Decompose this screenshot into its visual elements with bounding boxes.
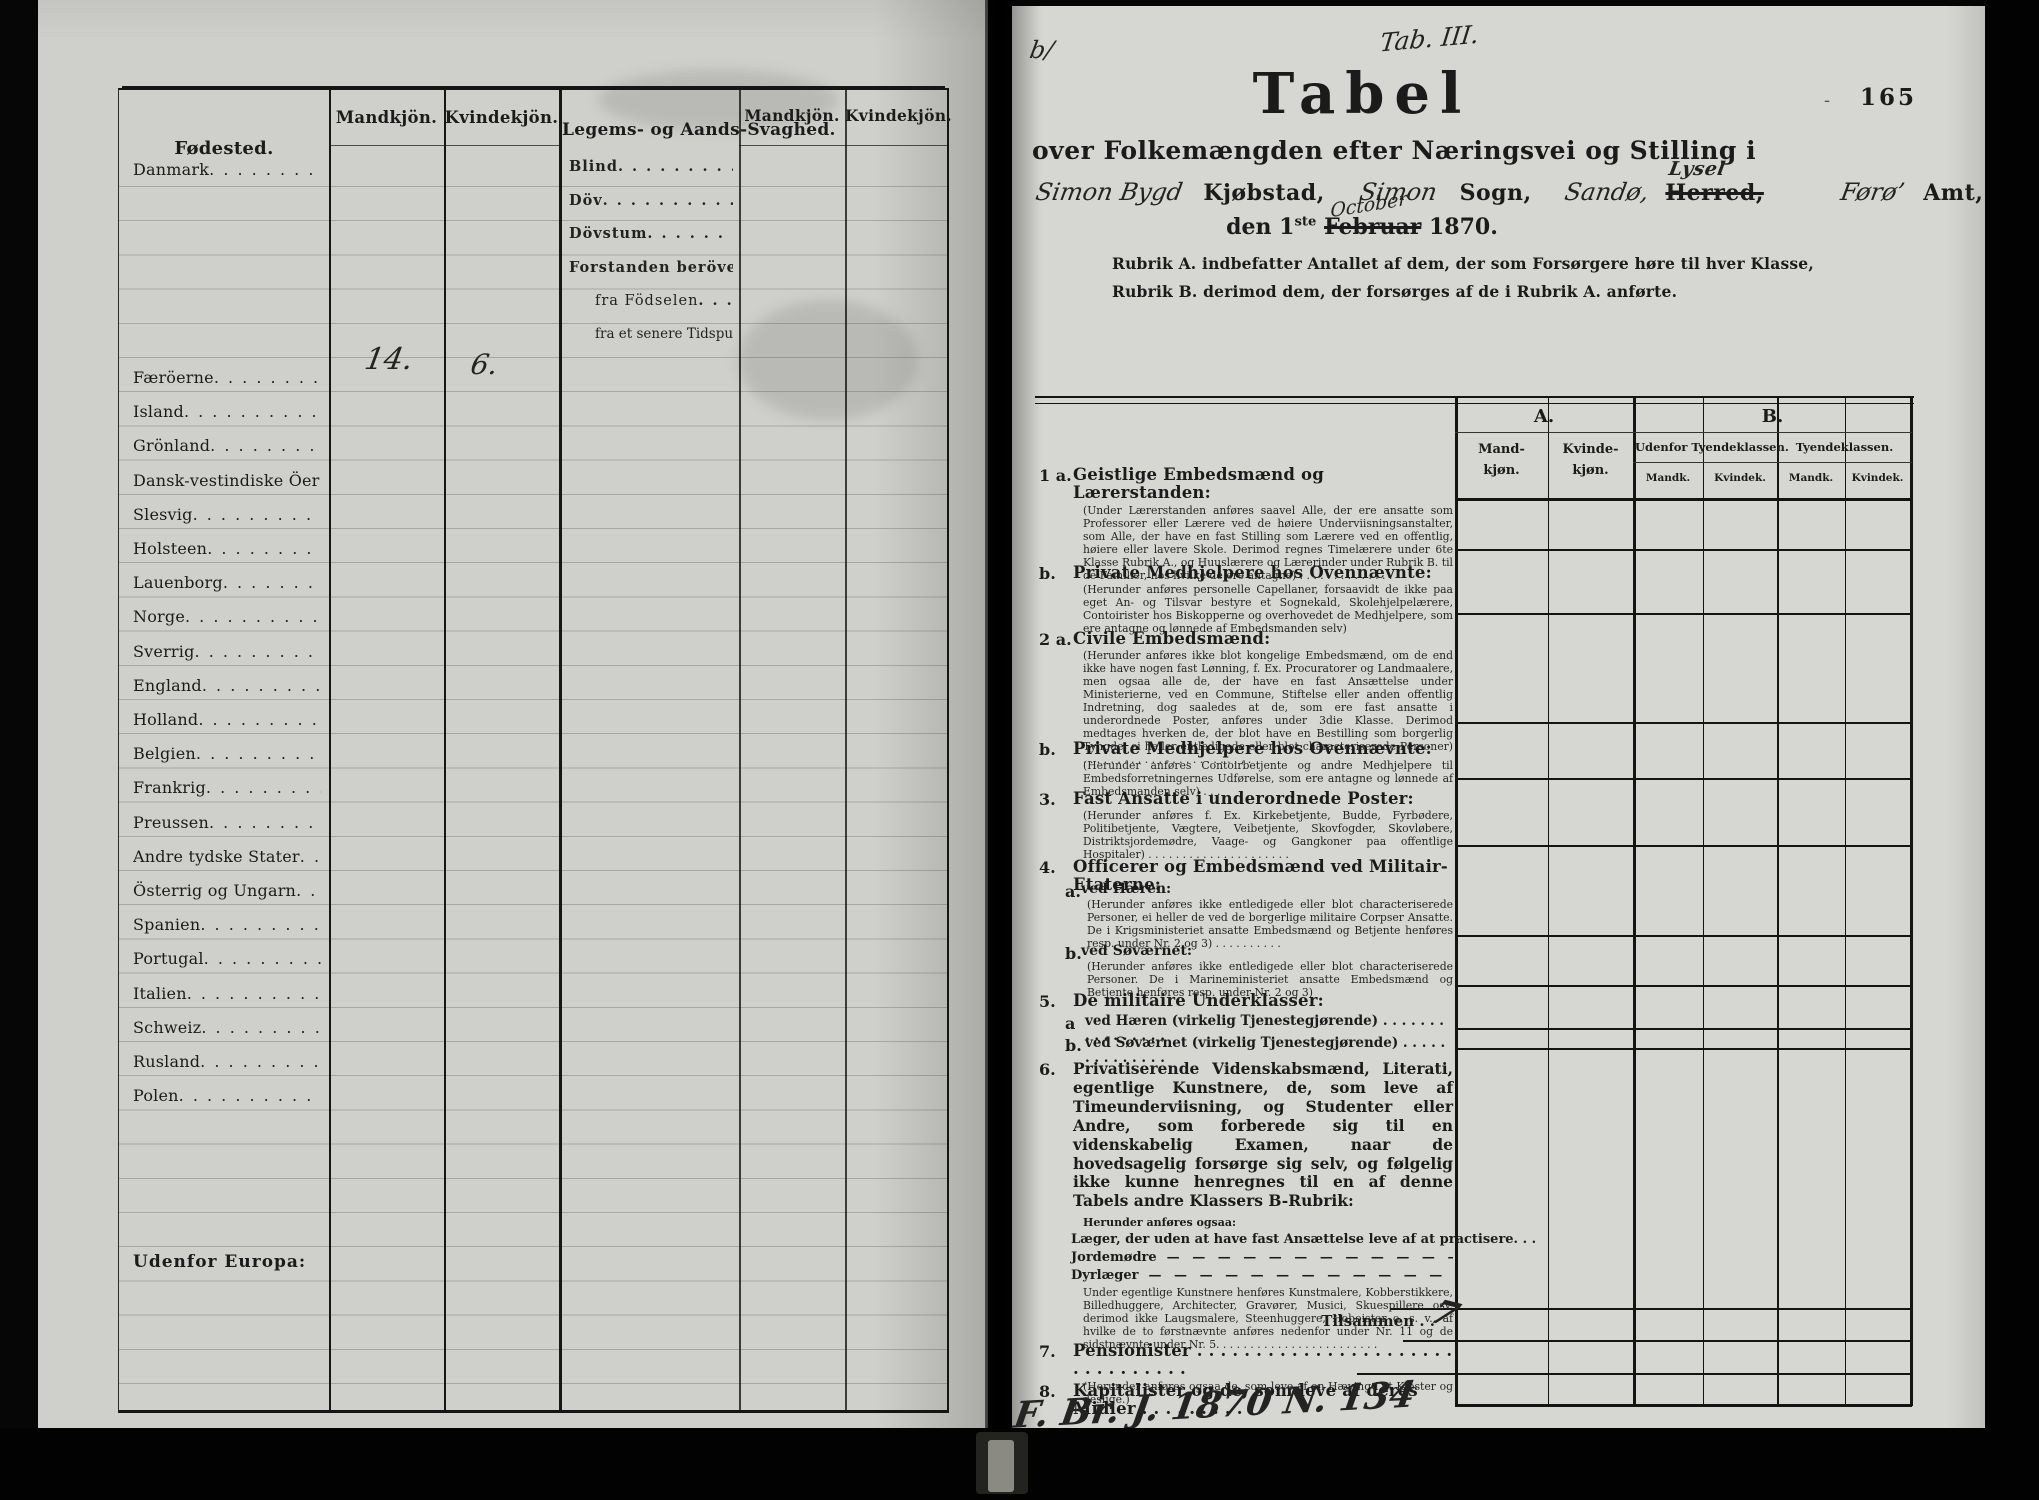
row-note: (Herunder anføres f. Ex. Kirkebetjente, …	[1083, 810, 1453, 862]
dotted-leader	[200, 1052, 321, 1071]
col-header-kvindekjon: Kvindekjön.	[444, 108, 559, 127]
country-row: Spanien	[133, 915, 321, 939]
dotted-leader	[185, 607, 321, 626]
col-header-fodested: Fødested.	[119, 138, 329, 159]
country-row: Sverrig	[133, 642, 321, 666]
grid-horizontal-rule	[1455, 935, 1912, 937]
page-number: 165	[1860, 84, 1917, 111]
dotted-leader	[320, 471, 321, 490]
printed-sogn: Sogn,	[1460, 180, 1532, 206]
country-row: Österrig og Ungarn	[133, 881, 321, 905]
rubrik-a-text: Rubrik A. indbefatter Antallet af dem, d…	[1112, 254, 1872, 273]
row-number: 7.	[1039, 1342, 1056, 1361]
dotted-leader	[223, 573, 321, 592]
grid-horizontal-rule	[1455, 549, 1912, 551]
country-row: Lauenborg	[133, 573, 321, 597]
grid-horizontal-rule	[1455, 778, 1912, 780]
printed-amt: Amt,	[1923, 180, 1983, 206]
infirmity-row: fra et senere Tidspunkt .	[595, 326, 733, 350]
country-row: Holland	[133, 710, 321, 734]
subcolumn-header: Kvindek.	[1703, 472, 1777, 484]
dotted-leader	[207, 539, 321, 558]
grid-horizontal-rule	[1455, 1404, 1912, 1407]
row-number: a.	[1065, 882, 1081, 901]
column-rule	[739, 90, 741, 1410]
row-number: b.	[1065, 1036, 1082, 1055]
country-label: Holsteen	[133, 539, 207, 558]
country-label: Italien	[133, 984, 187, 1003]
country-row: Andre tydske Stater	[133, 847, 321, 871]
row-heading: Private Medhjelpere hos Ovennævnte:	[1073, 564, 1453, 582]
row-subitem-label: Jordemødre	[1071, 1250, 1157, 1265]
country-row: Slesvig	[133, 505, 321, 529]
infirmity-row: Döv	[569, 192, 733, 216]
column-rule	[559, 90, 562, 1410]
grid-horizontal-rule	[1455, 985, 1912, 987]
grid-horizontal-rule	[1403, 1340, 1912, 1342]
country-label: Österrig og Ungarn	[133, 881, 296, 900]
infirmity-row: Dövstum	[569, 225, 733, 249]
country-label: Schweiz	[133, 1018, 201, 1037]
country-row: Polen	[133, 1086, 321, 1110]
dotted-leader	[200, 915, 321, 934]
country-row: Dansk-vestindiske Öer	[133, 471, 321, 495]
infirmity-label: fra et senere Tidspunkt .	[595, 326, 733, 342]
title-block: Tabel over Folkemængden efter Næringsvei…	[1032, 66, 1692, 165]
row-number: 5.	[1039, 992, 1056, 1011]
date-sup: ste	[1294, 215, 1316, 230]
dotted-leader	[214, 368, 321, 387]
country-row: Belgien	[133, 744, 321, 768]
classification-row: a.ved Hæren:(Herunder anføres ikke entle…	[1039, 882, 1453, 951]
country-label: Færöerne	[133, 368, 214, 387]
dotted-leader	[209, 813, 321, 832]
dash-leader: — — — — — — — — — — — —	[1167, 1250, 1453, 1265]
subcolumn-header: Mandk.	[1777, 472, 1845, 484]
infirmity-row: fra Födselen	[595, 292, 733, 316]
dotted-leader	[196, 744, 321, 763]
date-month-struck: OctoberFebruar	[1324, 214, 1421, 240]
dotted-leader	[184, 402, 321, 421]
country-row: Portugal	[133, 949, 321, 973]
infirmity-label: Dövstum	[569, 225, 647, 242]
grid-horizontal-rule	[1455, 722, 1912, 724]
date-line: den 1ste OctoberFebruar 1870.	[1132, 214, 1592, 240]
country-row: England	[133, 676, 321, 700]
row-number: b.	[1039, 740, 1056, 759]
binding-gutter	[985, 0, 1013, 1500]
group-header-tyende: Tyendeklassen.	[1779, 440, 1910, 454]
country-label: Norge	[133, 607, 185, 626]
grid-horizontal-rule	[1455, 1028, 1912, 1030]
handwritten-corner-mark: b/	[1028, 36, 1056, 64]
column-rule	[444, 90, 446, 1410]
row-subintro: Herunder anføres ogsaa:	[1083, 1216, 1453, 1229]
printed-herred-label: Herred,	[1665, 180, 1764, 206]
scan-edge-left	[0, 0, 38, 1500]
row-subitem: Jordemødre— — — — — — — — — — — —	[1071, 1250, 1453, 1265]
row-subitem-label: Læger, der uden at have fast Ansættelse …	[1071, 1232, 1536, 1247]
country-row: Norge	[133, 607, 321, 631]
row-number: b.	[1065, 944, 1082, 963]
country-label: Lauenborg	[133, 573, 223, 592]
country-row: Frankrig	[133, 778, 321, 802]
column-rule	[329, 90, 331, 1410]
grid-horizontal-rule	[1455, 845, 1912, 847]
row-number: b.	[1039, 564, 1056, 583]
sex-column-header: Mand-kjøn.	[1455, 440, 1548, 482]
country-label: Slesvig	[133, 505, 193, 524]
sex-column-line: kjøn.	[1455, 461, 1548, 482]
country-label: Belgien	[133, 744, 196, 763]
country-row: Preussen	[133, 813, 321, 837]
country-label: Island	[133, 402, 184, 421]
country-label: Grönland	[133, 436, 210, 455]
dash-leader: — — — — — — — — — — — —	[1149, 1268, 1453, 1283]
page-left-paper: Fødested. Mandkjön. Kvindekjön. Legems- …	[38, 0, 988, 1428]
page-dash: -	[1824, 90, 1830, 111]
classification-row: 5.De militaire Underklasser:	[1039, 992, 1453, 1010]
dotted-leader	[698, 292, 733, 309]
handwritten-place-4: Førø’	[1838, 178, 1906, 206]
col-header-mandkjon: Mandkjön.	[329, 108, 444, 127]
classification-row: b.Private Medhjelpere hos Ovennævnte:(He…	[1039, 564, 1453, 636]
subcolumn-header: Mandk.	[1633, 472, 1703, 484]
classification-row: Tilsammen . .	[1285, 1312, 1435, 1330]
dotted-leader	[202, 676, 321, 695]
infirmity-label: Döv	[569, 192, 603, 209]
row-heading: ved Søværnet:	[1081, 944, 1453, 959]
dotted-leader	[647, 225, 733, 242]
date-year: 1870.	[1429, 214, 1498, 240]
form-fill-line: Simon Bygd Kjøbstad, Simon Sogn, Sandø, …	[1036, 178, 1916, 206]
tilsammen-label: Tilsammen . .	[1285, 1312, 1435, 1330]
row-heading: Private Medhjelpere hos Ovennævnte:	[1073, 740, 1453, 758]
group-header-udenfor: Udenfor Tyendeklassen.	[1635, 440, 1775, 454]
row-subitem-label: Dyrlæger	[1071, 1268, 1139, 1283]
header-underline	[739, 145, 947, 146]
table-top-rule	[1035, 396, 1914, 404]
infirmity-row: Forstanden berövet:	[569, 259, 733, 283]
country-row: Danmark	[133, 160, 321, 184]
country-row: Schweiz	[133, 1018, 321, 1042]
dotted-leader	[187, 984, 321, 1003]
country-label: Portugal	[133, 949, 204, 968]
dotted-leader	[179, 1086, 321, 1105]
printed-herred-struck: Lysel Herred,	[1665, 180, 1764, 206]
rubrik-b-text: Rubrik B. derimod dem, der forsørges af …	[1112, 282, 1872, 301]
handwritten-place-1: Simon Bygd	[1034, 178, 1185, 206]
printed-kjobstad: Kjøbstad,	[1203, 180, 1324, 206]
dotted-leader	[603, 192, 733, 209]
country-row: Grönland	[133, 436, 321, 460]
row-heading: Fast Ansatte i underordnede Poster:	[1073, 790, 1453, 808]
country-label: Andre tydske Stater	[133, 847, 300, 866]
country-row: Italien	[133, 984, 321, 1008]
country-label: Sverrig	[133, 642, 195, 661]
country-row: Rusland	[133, 1052, 321, 1076]
column-rule	[845, 90, 847, 1410]
sex-column-header: Kvinde-kjøn.	[1548, 440, 1633, 482]
dotted-leader	[198, 710, 321, 729]
country-row: Færöerne	[133, 368, 321, 392]
page-right-paper: b/ Tab. III. - 165 Tabel over Folkemængd…	[1012, 6, 1985, 1428]
handwritten-place-3: Sandø,	[1562, 178, 1651, 206]
handwritten-tab-number: Tab. III.	[1378, 19, 1480, 57]
infirmity-label: fra Födselen	[595, 293, 698, 309]
left-census-table: Fødested. Mandkjön. Kvindekjön. Legems- …	[118, 88, 949, 1413]
sex-column-line: Kvinde-	[1548, 440, 1633, 461]
classification-row: 3.Fast Ansatte i underordnede Poster:(He…	[1039, 790, 1453, 862]
grid-horizontal-rule	[1455, 613, 1912, 615]
dotted-leader	[206, 778, 321, 797]
scan-edge-right	[1985, 0, 2039, 1500]
sex-column-line: Mand-	[1455, 440, 1548, 461]
binding-clip	[988, 1440, 1014, 1492]
dotted-leader	[204, 949, 321, 968]
row-number: 4.	[1039, 858, 1056, 877]
country-label: Dansk-vestindiske Öer	[133, 471, 320, 490]
row-heading: Civile Embedsmænd:	[1073, 630, 1453, 648]
scanned-census-document: Fødested. Mandkjön. Kvindekjön. Legems- …	[0, 0, 2039, 1500]
country-label: Frankrig	[133, 778, 206, 797]
country-label: Preussen	[133, 813, 209, 832]
page-subtitle: over Folkemængden efter Næringsvei og St…	[1032, 136, 1692, 165]
row-heading: Privatiserende Videnskabsmænd, Literati,…	[1073, 1060, 1453, 1211]
row-number: 6.	[1039, 1060, 1056, 1079]
col-header-mandkjon-2: Mandkjön.	[739, 106, 845, 125]
country-label: Holland	[133, 710, 198, 729]
dotted-leader	[193, 505, 321, 524]
grid-subgroup-underline	[1633, 462, 1912, 463]
header-underline	[329, 145, 561, 146]
country-row: Holsteen	[133, 539, 321, 563]
grid-horizontal-rule	[1455, 1048, 1912, 1050]
row-number: 1 a.	[1039, 466, 1072, 485]
page-title: Tabel	[1032, 66, 1692, 122]
country-label: Polen	[133, 1086, 179, 1105]
handwritten-count-mand: 14.	[362, 342, 416, 377]
date-prefix: den 1	[1226, 214, 1294, 240]
classification-row: 6.Privatiserende Videnskabsmænd, Literat…	[1039, 1060, 1453, 1352]
handwritten-above-herred: Lysel	[1667, 158, 1727, 180]
infirmity-label: Blind	[569, 158, 618, 175]
row-number: 2 a.	[1039, 630, 1072, 649]
infirmity-label: Forstanden berövet:	[569, 259, 733, 276]
row-heading: Geistlige Embedsmænd og Lærerstanden:	[1073, 466, 1453, 503]
footer-label-udenfor-europa: Udenfor Europa:	[133, 1252, 306, 1272]
dotted-leader	[210, 436, 321, 455]
sex-column-line: kjøn.	[1548, 461, 1633, 482]
country-label: Spanien	[133, 915, 200, 934]
col-header-kvindekjon-2: Kvindekjön.	[845, 106, 947, 125]
grid-header-underline	[1455, 432, 1912, 433]
dotted-leader	[300, 847, 321, 866]
country-label: Rusland	[133, 1052, 200, 1071]
rubrik-a-header: A.	[1455, 406, 1633, 427]
row-subitem: Dyrlæger— — — — — — — — — — — —	[1071, 1268, 1453, 1283]
row-heading: ved Hæren:	[1081, 882, 1453, 897]
country-label: England	[133, 676, 202, 695]
row-heading: Pensionister . . . . . . . . . . . . . .…	[1073, 1342, 1453, 1379]
row-number: a	[1065, 1014, 1075, 1033]
dotted-leader	[296, 881, 321, 900]
grid-horizontal-rule	[1455, 498, 1912, 501]
country-label: Danmark	[133, 160, 209, 179]
grid-horizontal-rule	[1390, 1308, 1912, 1310]
col-header-legems: Legems- og Aands-Svaghed.	[562, 120, 739, 140]
infirmity-row: Blind	[569, 158, 733, 182]
country-row: Island	[133, 402, 321, 426]
subcolumn-header: Kvindek.	[1845, 472, 1910, 484]
dotted-leader	[618, 158, 733, 175]
rubrik-b-header: B.	[1633, 406, 1912, 427]
dotted-leader	[209, 160, 321, 179]
dotted-leader	[201, 1018, 321, 1037]
row-number: 3.	[1039, 790, 1056, 809]
row-heading: De militaire Underklasser:	[1073, 992, 1453, 1010]
right-classification-table: A.B.Mand-kjøn.Kvinde-kjøn.Udenfor Tyende…	[1035, 396, 1914, 1408]
row-subitem: Læger, der uden at have fast Ansættelse …	[1071, 1232, 1453, 1247]
dotted-leader	[195, 642, 321, 661]
